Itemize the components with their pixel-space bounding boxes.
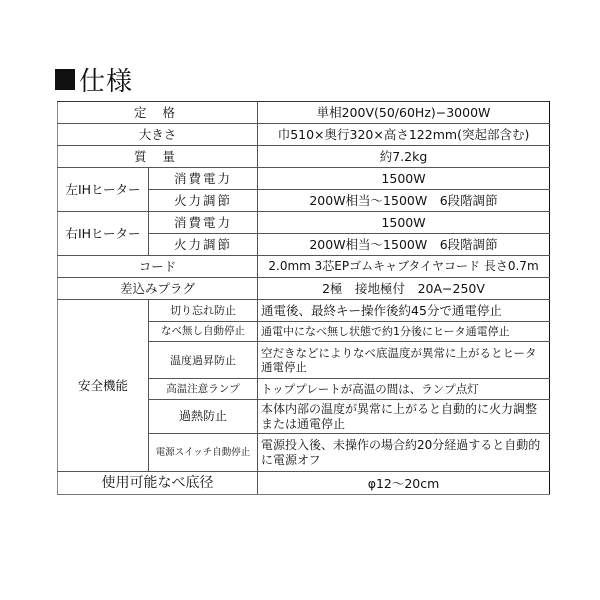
safety-item-value: トッププレートが高温の間は、ランプ点灯 — [258, 379, 550, 400]
left-ih-heat-label: 火力調節 — [149, 190, 258, 212]
right-ih-power-label: 消費電力 — [149, 212, 258, 234]
table-row-rating: 定 格 単相200V(50/60Hz)−3000W — [58, 102, 550, 124]
safety-item-label: 過熱防止 — [149, 400, 258, 434]
plug-value: 2極 接地極付 20A−250V — [258, 278, 550, 300]
left-ih-label: 左IHヒーター — [58, 168, 149, 212]
safety-item-label: 切り忘れ防止 — [149, 300, 258, 322]
page-title-text: 仕様 — [79, 61, 133, 98]
safety-item-value: 通電中になべ無し状態で約1分後にヒータ通電停止 — [258, 322, 550, 342]
black-square-bullet-icon — [55, 69, 75, 90]
table-row-right-ih-power: 右IHヒーター 消費電力 1500W — [58, 212, 550, 234]
safety-item-value: 電源投入後、未操作の場合約20分経過すると自動的に電源オフ — [258, 434, 550, 472]
safety-label: 安全機能 — [58, 300, 149, 472]
table-row-pot-diameter: 使用可能なべ底径 φ12〜20cm — [58, 472, 550, 495]
size-value: 巾510×奥行320×高さ122mm(突起部含む) — [258, 124, 550, 146]
left-ih-power-label: 消費電力 — [149, 168, 258, 190]
table-row-weight: 質 量 約7.2kg — [58, 146, 550, 168]
safety-item-label: 温度過昇防止 — [149, 342, 258, 379]
table-row-plug: 差込みプラグ 2極 接地極付 20A−250V — [58, 278, 550, 300]
weight-value: 約7.2kg — [258, 146, 550, 168]
safety-item-label: なべ無し自動停止 — [149, 322, 258, 342]
right-ih-heat-label: 火力調節 — [149, 234, 258, 256]
rating-value: 単相200V(50/60Hz)−3000W — [258, 102, 550, 124]
safety-item-label: 高温注意ランプ — [149, 379, 258, 400]
plug-label: 差込みプラグ — [58, 278, 258, 300]
table-row-left-ih-power: 左IHヒーター 消費電力 1500W — [58, 168, 550, 190]
rating-label: 定 格 — [58, 102, 258, 124]
pot-diameter-label: 使用可能なべ底径 — [58, 472, 258, 495]
safety-item-value: 本体内部の温度が異常に上がると自動的に火力調整または通電停止 — [258, 400, 550, 434]
page-title: 仕様 — [55, 62, 133, 96]
right-ih-label: 右IHヒーター — [58, 212, 149, 256]
table-row-cord: コード 2.0mm 3芯EPゴムキャブタイヤコード 長さ0.7m — [58, 256, 550, 278]
weight-label: 質 量 — [58, 146, 258, 168]
pot-diameter-value: φ12〜20cm — [258, 472, 550, 495]
table-row-size: 大きさ 巾510×奥行320×高さ122mm(突起部含む) — [58, 124, 550, 146]
table-row-safety-0: 安全機能 切り忘れ防止 通電後、最終キー操作後約45分で通電停止 — [58, 300, 550, 322]
right-ih-heat-value: 200W相当〜1500W 6段階調節 — [258, 234, 550, 256]
size-label: 大きさ — [58, 124, 258, 146]
safety-item-value: 空だきなどによりなべ底温度が異常に上がるとヒータ通電停止 — [258, 342, 550, 379]
cord-label: コード — [58, 256, 258, 278]
safety-item-value: 通電後、最終キー操作後約45分で通電停止 — [258, 300, 550, 322]
right-ih-power-value: 1500W — [258, 212, 550, 234]
safety-item-label: 電源スイッチ自動停止 — [149, 434, 258, 472]
spec-table: 定 格 単相200V(50/60Hz)−3000W 大きさ 巾510×奥行320… — [57, 101, 550, 495]
cord-value: 2.0mm 3芯EPゴムキャブタイヤコード 長さ0.7m — [258, 256, 550, 278]
left-ih-power-value: 1500W — [258, 168, 550, 190]
left-ih-heat-value: 200W相当〜1500W 6段階調節 — [258, 190, 550, 212]
